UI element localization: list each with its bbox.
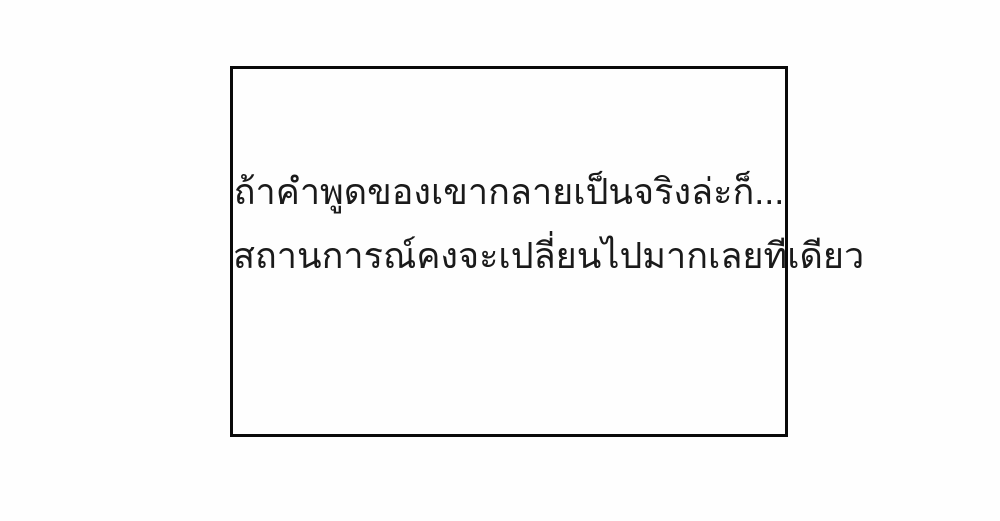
- page-background: ถ้าคำพูดของเขากลายเป็นจริงล่ะก็... สถานก…: [0, 0, 1000, 521]
- narration-text: ถ้าคำพูดของเขากลายเป็นจริงล่ะก็... สถานก…: [233, 160, 785, 288]
- narration-line-2: สถานการณ์คงจะเปลี่ยนไปมากเลยทีเดียว: [233, 224, 785, 288]
- comic-panel: ถ้าคำพูดของเขากลายเป็นจริงล่ะก็... สถานก…: [230, 66, 788, 437]
- narration-line-1: ถ้าคำพูดของเขากลายเป็นจริงล่ะก็...: [233, 160, 785, 224]
